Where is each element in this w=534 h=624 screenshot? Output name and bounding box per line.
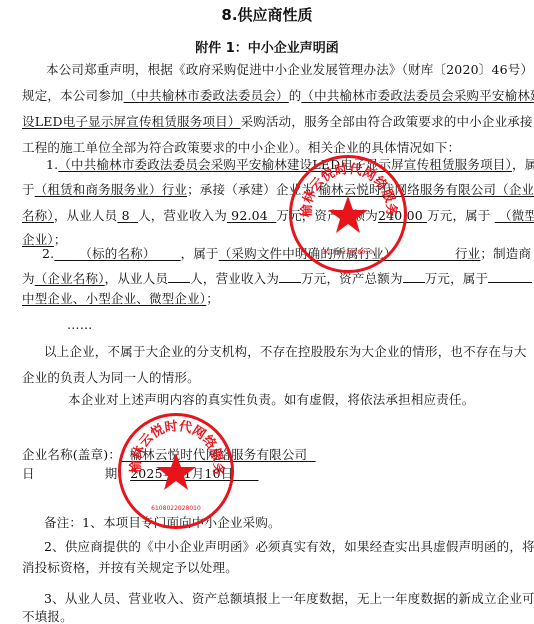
item2-type-blank	[488, 270, 532, 283]
item1-revenue: 92.04	[227, 208, 276, 223]
item2-industry: （采购文件中明确的所属行业） 行业	[219, 246, 481, 261]
para2: 本企业对上述声明内容的真实性负责。如有虚假，将依法承担相应责任。	[22, 391, 534, 409]
item2-subject: （标的名称）	[54, 246, 180, 261]
item1-line-1: 1.（中共榆林市委政法委员会采购平安榆林建设LED电子显示屏宣传租赁服务项目），…	[22, 156, 534, 174]
item1-company: 榆林云悦时代网络服务有限公司（企业	[318, 182, 534, 197]
note-3-line-2: 不填报。	[22, 608, 512, 624]
note-2-line-2: 消投标资格，并按有关规定予以处理。	[22, 559, 512, 577]
item1-assets: 240.00	[378, 208, 427, 223]
signature-date-row: 日期：2025年11月10日	[22, 465, 512, 483]
item1-line-3: 名称），从业人员 8 人，营业收入为 92.04 万元，资产总额为240.00 …	[22, 207, 512, 225]
ellipsis: ……	[22, 316, 534, 334]
project-name-part2: 设LED电子显示屏宣传租赁服务项目）	[22, 114, 241, 129]
item2-type: 中型企业、小型企业、微型企业）	[22, 291, 206, 306]
project-name-part1: （中共榆林市委政法委员会采购平安榆林建	[301, 88, 534, 103]
date-value: 2025年11月10日	[130, 466, 258, 481]
item1-staff: 8	[117, 208, 138, 223]
item1-project: （中共榆林市委政法委员会采购平安榆林建设LED电子显示屏宣传租赁服务项目）	[58, 157, 512, 172]
doc-title: 附件 1：中小企业声明函	[0, 37, 534, 56]
note-1: 备注：1、本项目专门面向中小企业采购。	[22, 514, 534, 532]
item1-line-2: 于（租赁和商务服务业）行业；承接（承建）企业为 榆林云悦时代网络服务有限公司（企…	[22, 181, 512, 199]
para1-line-1: 以上企业，不属于大企业的分支机构，不存在控股股东为大企业的情形，也不存在与大	[22, 343, 534, 361]
section-title: 8.供应商性质	[0, 4, 534, 25]
item2-company: （企业名称）	[35, 271, 105, 286]
item2-revenue-blank	[279, 270, 301, 283]
intro-line-1: 本公司郑重声明，根据《政府采购促进中小企业发展管理办法》（财库〔2020〕46号…	[22, 61, 534, 79]
item2-staff-blank	[168, 270, 190, 283]
item2-line-3: 中型企业、小型企业、微型企业）；	[22, 290, 512, 308]
note-2-line-1: 2、供应商提供的《中小企业声明函》必须真实有效，如果经查实出具虚假声明函的，将被…	[22, 538, 534, 556]
note-3-line-1: 3、从业人员、营业收入、资产总额填报上一年度数据，无上一年度数据的新成立企业可	[22, 590, 534, 608]
intro-line-3: 设LED电子显示屏宣传租赁服务项目）采购活动，服务全部由符合政策要求的中小企业承…	[22, 113, 512, 131]
signature-name-row: 企业名称(盖章)： 榆林云悦时代网络服务有限公司	[22, 446, 512, 464]
item1-type-a: （微型	[495, 208, 534, 223]
item2-line-2: 为（企业名称），从业人员人，营业收入为万元，资产总额为万元，属于（	[22, 270, 512, 288]
item2-assets-blank	[403, 270, 425, 283]
para1-line-2: 企业的负责人为同一人的情形。	[22, 369, 512, 387]
company-name-value: 榆林云悦时代网络服务有限公司	[121, 447, 316, 462]
purchaser: （中共榆林市委政法委员会）	[124, 88, 289, 103]
item2-line-1: 2. （标的名称） ，属于（采购文件中明确的所属行业） 行业；制造商	[22, 245, 532, 263]
intro-line-4: 工程的施工单位全部为符合政策要求的中小企业）。相关企业的具体情况如下：	[22, 139, 512, 157]
item1-industry: （租赁和商务服务业）行业	[35, 182, 187, 197]
intro-line-2: 规定，本公司参加（中共榆林市委政法委员会）的（中共榆林市委政法委员会采购平安榆林…	[22, 87, 512, 105]
svg-text:6108022028010: 6108022028010	[151, 505, 201, 512]
